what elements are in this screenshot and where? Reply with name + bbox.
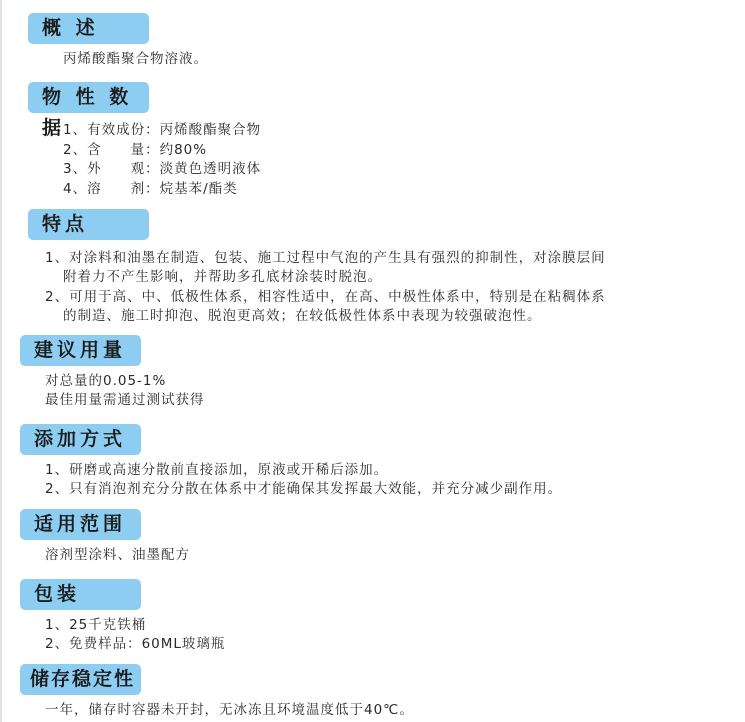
feature-line: 的制造、施工时抑泡、脱泡更高效；在较低极性体系中表现为较强破泡性。 [63,307,542,325]
dosage-line: 最佳用量需通过测试获得 [45,391,205,409]
property-line: 1、有效成份：丙烯酸酯聚合物 [63,121,261,139]
dosage-line: 对总量的0.05-1% [45,372,166,390]
packaging-line: 1、25千克铁桶 [45,616,146,634]
packaging-line: 2、免费样品：60ML玻璃瓶 [45,635,225,653]
feature-line: 2、可用于高、中、低极性体系，相容性适中，在高、中极性体系中，特别是在粘稠体系 [45,288,606,306]
section-header-storage: 储存稳定性 [20,664,141,695]
storage-line: 一年，储存时容器未开封，无冰冻且环境温度低于40℃。 [45,701,414,719]
feature-line: 附着力不产生影响，并帮助多孔底材涂装时脱泡。 [63,268,382,286]
section-header-properties: 物 性 数 据 [28,82,149,113]
overview-text: 丙烯酸酯聚合物溶液。 [63,50,208,68]
property-line: 2、含 量：约80% [63,141,207,159]
addition-line: 1、研磨或高速分散前直接添加，原液或开稀后添加。 [45,461,388,479]
section-header-dosage: 建议用量 [20,335,141,366]
section-header-overview: 概 述 [28,13,149,44]
section-header-application: 适用范围 [20,509,141,540]
property-line: 4、溶 剂：烷基苯/酯类 [63,180,238,198]
property-line: 3、外 观：淡黄色透明液体 [63,160,261,178]
addition-line: 2、只有消泡剂充分分散在体系中才能确保其发挥最大效能，并充分减少副作用。 [45,480,562,498]
left-border-rule [0,0,2,722]
feature-line: 1、对涂料和油墨在制造、包装、施工过程中气泡的产生具有强烈的抑制性，对涂膜层间 [45,249,606,267]
section-header-features: 特点 [28,209,149,240]
application-line: 溶剂型涂料、油墨配方 [45,546,190,564]
section-header-packaging: 包装 [20,579,141,610]
section-header-addition: 添加方式 [20,424,141,455]
